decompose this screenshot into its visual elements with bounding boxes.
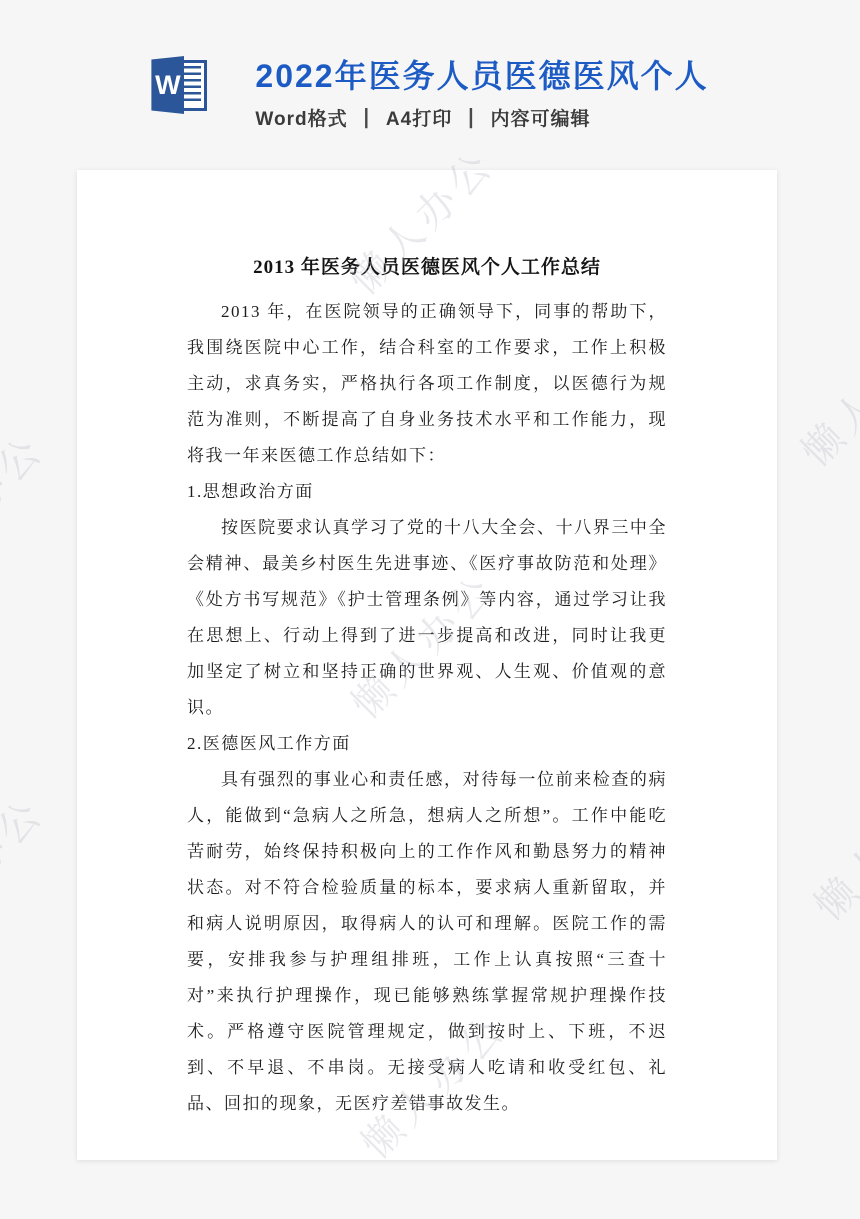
section-heading-1: 1.思想政治方面	[187, 474, 667, 510]
header: W 2022年医务人员医德医风个人 Word格式 | A4打印 | 内容可编辑	[0, 56, 860, 131]
format-badges: Word格式 | A4打印 | 内容可编辑	[255, 104, 708, 131]
section-heading-2: 2.医德医风工作方面	[187, 726, 667, 762]
word-icon: W	[151, 56, 207, 114]
paragraph-political-thought: 按医院要求认真学习了党的十八大全会、十八界三中全会精神、最美乡村医生先进事迹、《…	[187, 510, 667, 726]
badge-a4-print: A4打印	[386, 104, 452, 131]
badge-separator-icon: |	[364, 105, 370, 129]
document-title: 2013 年医务人员医德医风个人工作总结	[187, 256, 667, 280]
paragraph-medical-ethics: 具有强烈的事业心和责任感，对待每一位前来检查的病人，能做到“急病人之所急，想病人…	[187, 762, 667, 1122]
watermark: 懒人办公	[0, 420, 55, 590]
header-text-block: 2022年医务人员医德医风个人 Word格式 | A4打印 | 内容可编辑	[255, 56, 708, 131]
badge-separator-icon: |	[468, 105, 474, 129]
watermark: 懒人办公	[787, 307, 860, 477]
badge-word-format: Word格式	[255, 104, 347, 131]
watermark: 懒人办公	[800, 761, 860, 931]
page-title: 2022年医务人员医德医风个人	[255, 56, 708, 96]
badge-editable: 内容可编辑	[491, 104, 591, 131]
word-icon-letter: W	[155, 70, 180, 101]
watermark: 懒人办公	[0, 783, 55, 953]
word-icon-cover: W	[151, 56, 184, 114]
document-page: 2013 年医务人员医德医风个人工作总结 2013 年，在医院领导的正确领导下，…	[77, 170, 777, 1160]
paragraph-intro: 2013 年，在医院领导的正确领导下，同事的帮助下，我围绕医院中心工作，结合科室…	[187, 294, 667, 474]
